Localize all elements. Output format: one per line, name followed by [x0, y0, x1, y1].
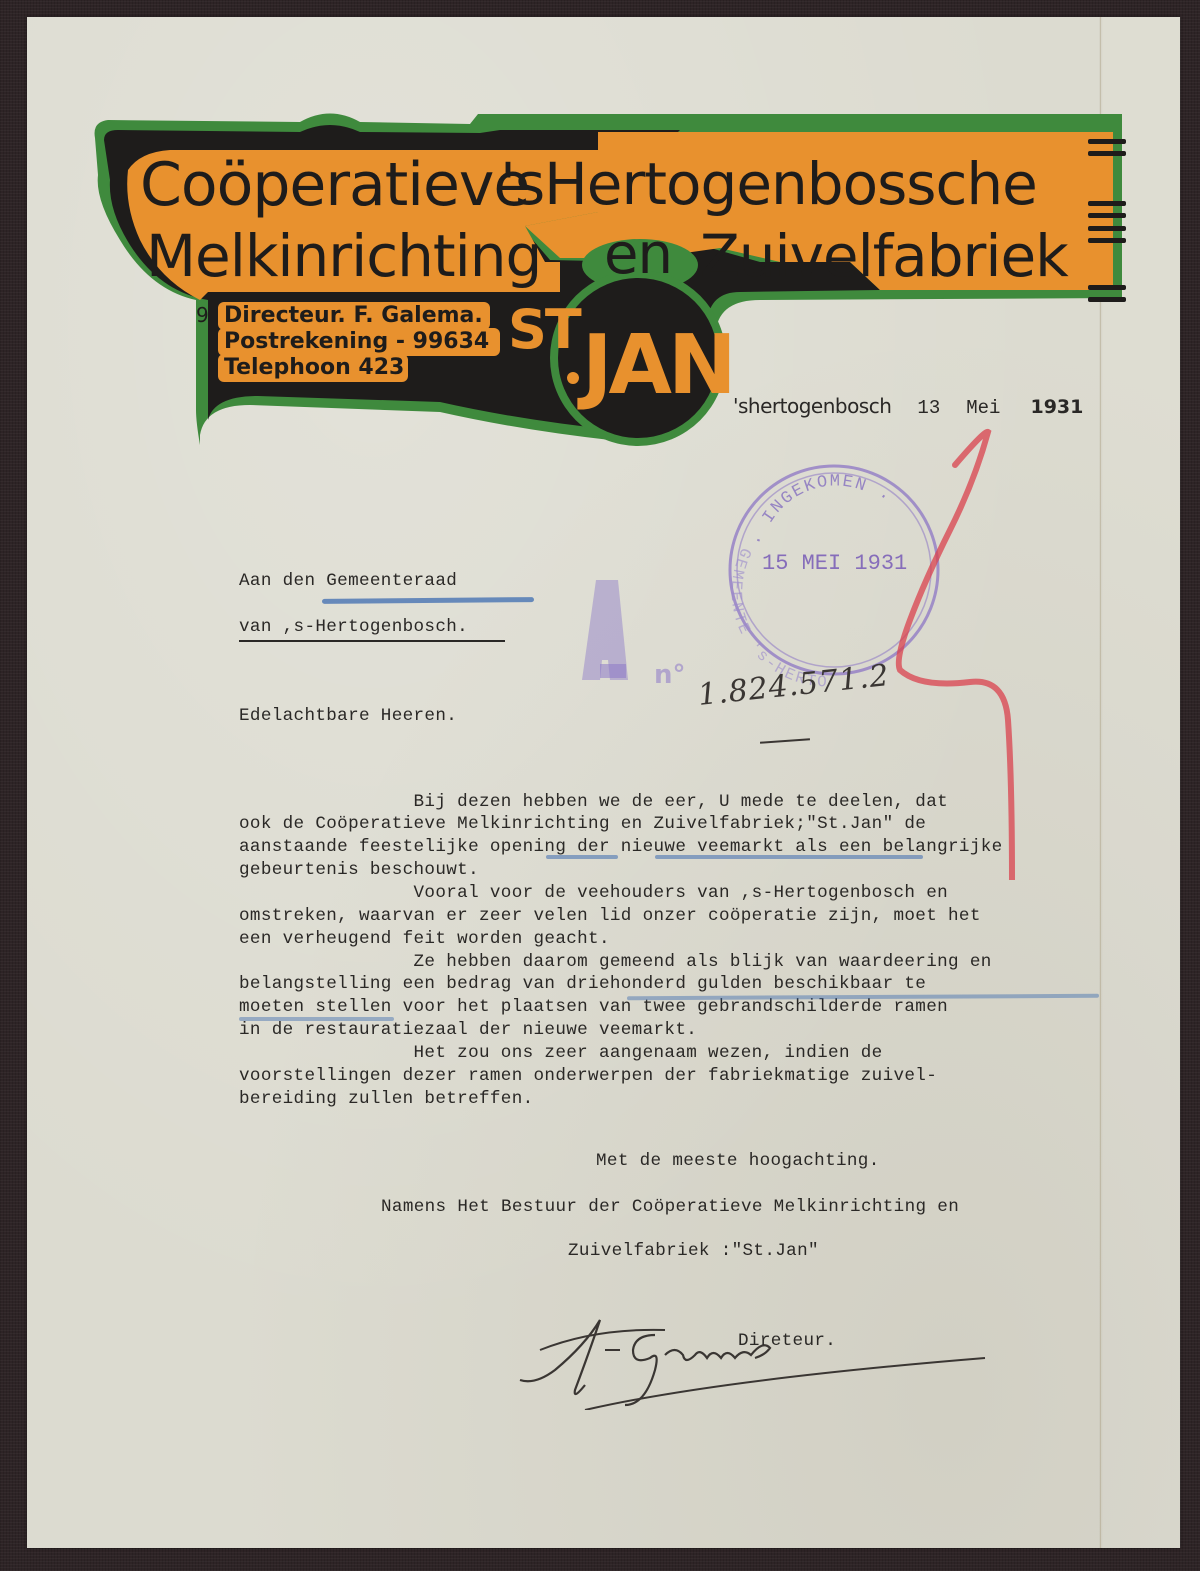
letterhead-postal-account: Postrekening - 99634 — [224, 328, 489, 355]
letterhead-brand-st: ST — [508, 298, 580, 361]
letterhead-brand-dot — [567, 372, 579, 384]
letterhead-shertogenbossche: 'sHertogenbossche — [500, 150, 1037, 218]
dateline: 'shertogenbosch 13 Mei 1931 — [733, 394, 1083, 420]
blue-underline-opening — [546, 855, 618, 859]
body-line: ook de Coöperatieve Melkinrichting en Zu… — [239, 813, 926, 836]
dateline-year: 1931 — [1030, 396, 1083, 418]
letterhead-zuivelfabriek: Zuivelfabriek — [700, 222, 1068, 290]
body-line: omstreken, waarvan er zeer velen lid onz… — [239, 905, 981, 928]
addressee-line-1: Aan den Gemeenteraad — [239, 570, 457, 593]
body-line: Ze hebben daarom gemeend als blijk van w… — [239, 951, 992, 974]
dateline-place: 'shertogenbosch — [733, 394, 891, 418]
body-line: Het zou ons zeer aangenaam wezen, indien… — [239, 1042, 883, 1065]
closing-greeting: Met de meeste hoogachting. — [596, 1150, 880, 1173]
signature-icon — [515, 1310, 1015, 1410]
closing-title: Direteur. — [738, 1330, 836, 1353]
typed-underline-hertogenbosch — [239, 640, 505, 642]
body-line: Bij dezen hebben we de eer, U mede te de… — [239, 791, 948, 814]
letterhead-melkinrichting: Melkinrichting — [146, 222, 541, 290]
letter-a-stamp — [566, 580, 656, 690]
letterhead-en: en — [604, 222, 672, 287]
letter-a-icon — [566, 580, 656, 690]
addressee-line-2: van ,s-Hertogenbosch. — [239, 616, 468, 639]
letterhead-telephone: Telephoon 423 — [224, 354, 404, 381]
body-line: in de restauratiezaal der nieuwe veemark… — [239, 1019, 697, 1042]
closing-on-behalf-1: Namens Het Bestuur der Coöperatieve Melk… — [381, 1196, 959, 1219]
dateline-month: Mei — [966, 397, 1000, 419]
svg-text:· INGEKOMEN ·: · INGEKOMEN · — [749, 472, 894, 548]
letterhead-director: Directeur. F. Galema. — [224, 302, 483, 329]
blue-underline-moeten-stellen — [239, 1017, 394, 1021]
letterhead-brand-jan: JAN — [582, 318, 733, 413]
margin-mark: 9 — [196, 302, 209, 329]
body-line: belangstelling een bedrag van driehonder… — [239, 973, 926, 996]
salutation: Edelachtbare Heeren. — [239, 705, 457, 728]
body-line: bereiding zullen betreffen. — [239, 1088, 534, 1111]
body-line: moeten stellen voor het plaatsen van twe… — [239, 996, 948, 1019]
dateline-day: 13 — [917, 397, 940, 419]
body-line: Vooral voor de veehouders van ,s-Hertoge… — [239, 882, 948, 905]
red-crayon-mark-icon — [880, 420, 1080, 880]
body-line: gebeurtenis beschouwt. — [239, 859, 479, 882]
letterhead-cooperatieve: Coöperatieve — [140, 150, 529, 220]
stamp-number-prefix: n° — [654, 660, 686, 690]
body-line: een verheugend feit worden geacht. — [239, 928, 610, 951]
closing-on-behalf-2: Zuivelfabriek :"St.Jan" — [568, 1240, 819, 1263]
body-line: voorstellingen dezer ramen onderwerpen d… — [239, 1065, 937, 1088]
